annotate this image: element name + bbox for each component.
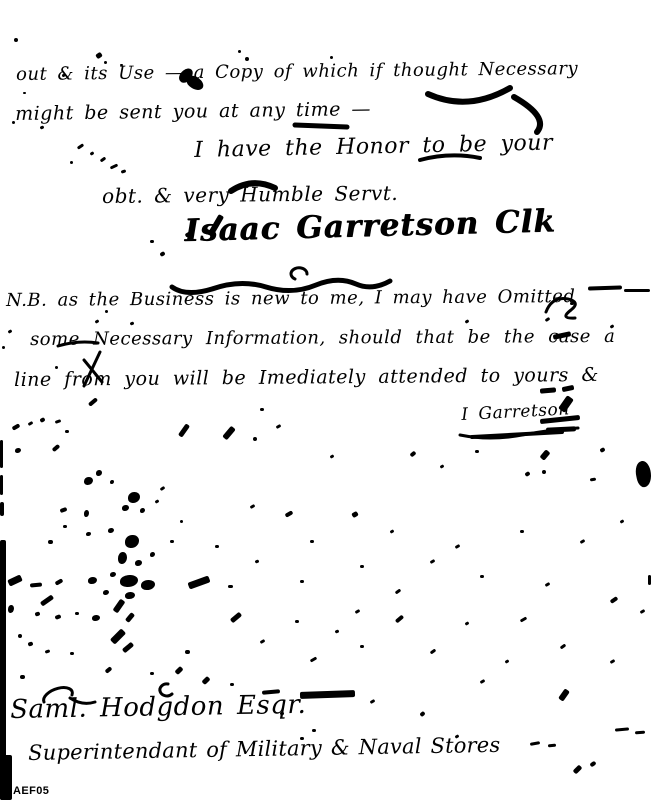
- ink-mark: [570, 302, 574, 305]
- ink-mark: [170, 540, 174, 543]
- ink-mark: [276, 424, 282, 429]
- ink-mark: [253, 437, 257, 441]
- ink-mark: [562, 385, 575, 392]
- postscript-line-1: N.B. as the Business is new to me, I may…: [6, 288, 575, 310]
- ink-mark: [560, 644, 567, 650]
- ink-mark: [0, 755, 12, 800]
- ink-mark: [48, 540, 53, 544]
- ink-mark: [615, 727, 629, 731]
- ink-mark: [250, 504, 256, 509]
- ink-mark: [545, 582, 551, 587]
- ink-mark: [34, 611, 40, 616]
- ink-mark: [113, 599, 126, 614]
- ink-mark: [28, 421, 34, 426]
- ink-mark: [230, 683, 234, 686]
- ink-mark: [260, 408, 264, 411]
- ink-mark: [310, 540, 314, 543]
- ink-mark: [539, 449, 550, 461]
- letter-body-line-1: out & its Use — a Copy of which if thoug…: [16, 60, 578, 84]
- ink-mark: [125, 592, 135, 599]
- ink-mark: [120, 64, 123, 66]
- ink-mark: [589, 761, 596, 768]
- ink-mark: [285, 510, 294, 517]
- ink-mark: [54, 614, 61, 620]
- ink-mark: [409, 451, 416, 458]
- ink-mark: [440, 464, 445, 469]
- ink-mark: [95, 319, 100, 324]
- ink-mark: [558, 688, 570, 701]
- ink-mark: [355, 609, 361, 614]
- scanned-letter-page: out & its Use — a Copy of which if thoug…: [0, 0, 651, 800]
- ink-mark: [140, 508, 145, 513]
- signature: Isaac Garretson Clk: [184, 206, 556, 247]
- ink-mark: [180, 520, 183, 523]
- ink-mark: [505, 659, 510, 664]
- ink-mark: [230, 612, 242, 624]
- flourish-time-dash: [295, 125, 347, 127]
- ink-mark: [55, 419, 62, 424]
- ink-mark: [540, 387, 556, 393]
- ink-mark: [300, 737, 304, 740]
- ink-mark: [0, 502, 4, 516]
- ink-mark: [542, 470, 546, 474]
- ink-mark: [100, 157, 107, 163]
- ink-mark: [360, 565, 364, 568]
- postscript-line-2: some Necessary Information, should that …: [30, 328, 615, 349]
- ink-mark: [0, 475, 3, 495]
- ink-mark: [90, 151, 95, 156]
- letter-closing-line-2: obt. & very Humble Servt.: [102, 183, 398, 206]
- ink-mark: [480, 575, 484, 578]
- ink-mark: [65, 430, 69, 433]
- ink-mark: [395, 615, 404, 624]
- ink-mark: [128, 492, 140, 503]
- ink-mark: [160, 486, 166, 491]
- ink-mark: [118, 552, 127, 564]
- ink-mark: [430, 559, 436, 564]
- ink-mark: [55, 578, 64, 585]
- ink-mark: [546, 426, 576, 433]
- letter-body-line-2: might be sent you at any time —: [15, 100, 371, 124]
- scan-corner-label: AEF05: [13, 785, 49, 797]
- ink-mark: [599, 447, 605, 453]
- ink-mark: [174, 666, 183, 675]
- ink-mark: [23, 92, 26, 94]
- ink-mark: [635, 731, 645, 735]
- ink-mark: [30, 582, 42, 587]
- ink-mark: [312, 729, 316, 732]
- ink-mark: [330, 56, 333, 59]
- ink-mark: [108, 528, 114, 533]
- ink-mark: [150, 552, 155, 557]
- ink-mark: [480, 679, 486, 684]
- ink-mark: [155, 499, 160, 504]
- ink-mark: [351, 511, 359, 518]
- address-line-1: Saml. Hodgdon Esqr.: [10, 692, 306, 723]
- ink-mark: [360, 645, 364, 648]
- ink-mark: [84, 477, 93, 485]
- ink-mark: [255, 559, 260, 563]
- ink-mark: [62, 74, 65, 77]
- ink-mark: [310, 656, 318, 662]
- ink-mark: [52, 444, 61, 452]
- address-line-2: Superintendant of Military & Naval Store…: [28, 735, 501, 764]
- ink-mark: [45, 649, 51, 654]
- ink-mark: [159, 251, 165, 257]
- ink-mark: [12, 121, 15, 124]
- ink-mark: [580, 539, 586, 544]
- ink-mark: [465, 621, 470, 626]
- ink-mark: [40, 594, 54, 606]
- ink-mark: [222, 426, 236, 441]
- ink-mark: [105, 310, 108, 313]
- ink-mark: [390, 529, 395, 534]
- ink-mark: [135, 560, 142, 566]
- ink-mark: [150, 672, 154, 675]
- ink-mark: [455, 544, 461, 549]
- ink-mark: [130, 321, 135, 325]
- ink-mark: [70, 161, 73, 164]
- ink-mark: [55, 366, 58, 369]
- ink-mark: [520, 616, 528, 622]
- ink-mark: [92, 615, 100, 621]
- ink-mark: [104, 61, 107, 64]
- ink-mark: [7, 574, 23, 586]
- ink-mark: [330, 454, 335, 459]
- ink-mark: [530, 741, 540, 746]
- ink-mark: [110, 572, 116, 577]
- flourish-signature-loop: [291, 268, 307, 279]
- flourish-necessary-swoosh: [428, 88, 510, 102]
- ink-mark: [20, 675, 25, 679]
- ink-mark: [105, 666, 113, 674]
- ink-mark: [260, 639, 266, 644]
- ink-mark: [370, 699, 376, 704]
- ink-mark: [70, 652, 74, 655]
- ink-mark: [96, 470, 102, 476]
- ink-mark: [14, 38, 18, 42]
- ink-mark: [103, 590, 109, 595]
- ink-mark: [75, 612, 79, 615]
- ink-mark: [120, 575, 138, 587]
- ink-mark: [110, 480, 114, 484]
- ink-mark: [150, 240, 154, 243]
- ink-mark: [63, 525, 67, 528]
- ink-mark: [215, 545, 219, 548]
- ink-mark: [465, 319, 470, 324]
- ink-mark: [640, 609, 646, 614]
- ink-mark: [60, 507, 68, 513]
- ink-mark: [8, 605, 14, 613]
- ink-mark: [395, 589, 402, 595]
- ink-mark: [84, 510, 89, 517]
- ink-mark: [610, 659, 616, 664]
- ink-mark: [15, 448, 21, 453]
- ink-mark: [18, 634, 22, 638]
- ink-mark: [39, 417, 45, 423]
- ink-mark: [40, 125, 45, 129]
- ink-mark: [610, 596, 619, 604]
- ink-mark: [125, 535, 139, 548]
- ink-mark: [300, 690, 355, 699]
- ink-mark: [624, 289, 650, 292]
- ink-mark: [524, 471, 530, 477]
- ink-mark: [110, 163, 119, 169]
- ink-mark: [121, 169, 127, 174]
- ink-mark: [620, 519, 625, 524]
- ink-mark: [141, 580, 155, 590]
- ink-mark: [201, 676, 210, 685]
- ink-mark: [88, 397, 98, 406]
- ink-mark: [295, 620, 299, 623]
- ink-mark: [77, 143, 84, 149]
- ink-mark: [8, 329, 13, 334]
- ink-mark: [122, 642, 134, 654]
- ink-mark: [110, 628, 126, 644]
- ink-mark: [633, 460, 651, 489]
- ink-mark: [238, 50, 241, 53]
- ink-mark: [12, 423, 21, 430]
- ink-mark: [300, 580, 304, 583]
- ink-mark: [88, 577, 97, 584]
- letter-closing-line-1: I have the Honor to be your: [194, 132, 553, 162]
- ink-mark: [588, 285, 622, 290]
- ink-mark: [590, 478, 596, 482]
- ink-mark: [95, 52, 103, 60]
- ink-mark: [520, 530, 524, 533]
- flourish-comma-swoosh: [514, 97, 540, 132]
- ink-mark: [27, 641, 33, 646]
- flourish-small-sig-underline-2: [472, 432, 562, 437]
- ink-mark: [573, 765, 583, 775]
- ink-mark: [0, 440, 3, 468]
- ink-mark: [228, 585, 233, 588]
- ink-mark: [245, 57, 249, 61]
- ink-mark: [178, 423, 190, 437]
- ink-mark: [122, 505, 129, 511]
- ink-mark: [430, 649, 437, 655]
- postscript-line-3: line from you will be Imediately attende…: [14, 366, 599, 390]
- ink-mark: [86, 532, 91, 536]
- ink-mark: [545, 317, 551, 322]
- ink-mark: [475, 450, 479, 453]
- ink-mark: [335, 629, 340, 633]
- ink-mark: [187, 575, 210, 589]
- ink-mark: [548, 744, 556, 748]
- ink-mark: [419, 711, 425, 717]
- ink-mark: [280, 712, 284, 715]
- ink-mark: [125, 612, 135, 623]
- ink-mark: [2, 346, 5, 349]
- ink-mark: [185, 650, 190, 654]
- ink-mark: [558, 395, 574, 413]
